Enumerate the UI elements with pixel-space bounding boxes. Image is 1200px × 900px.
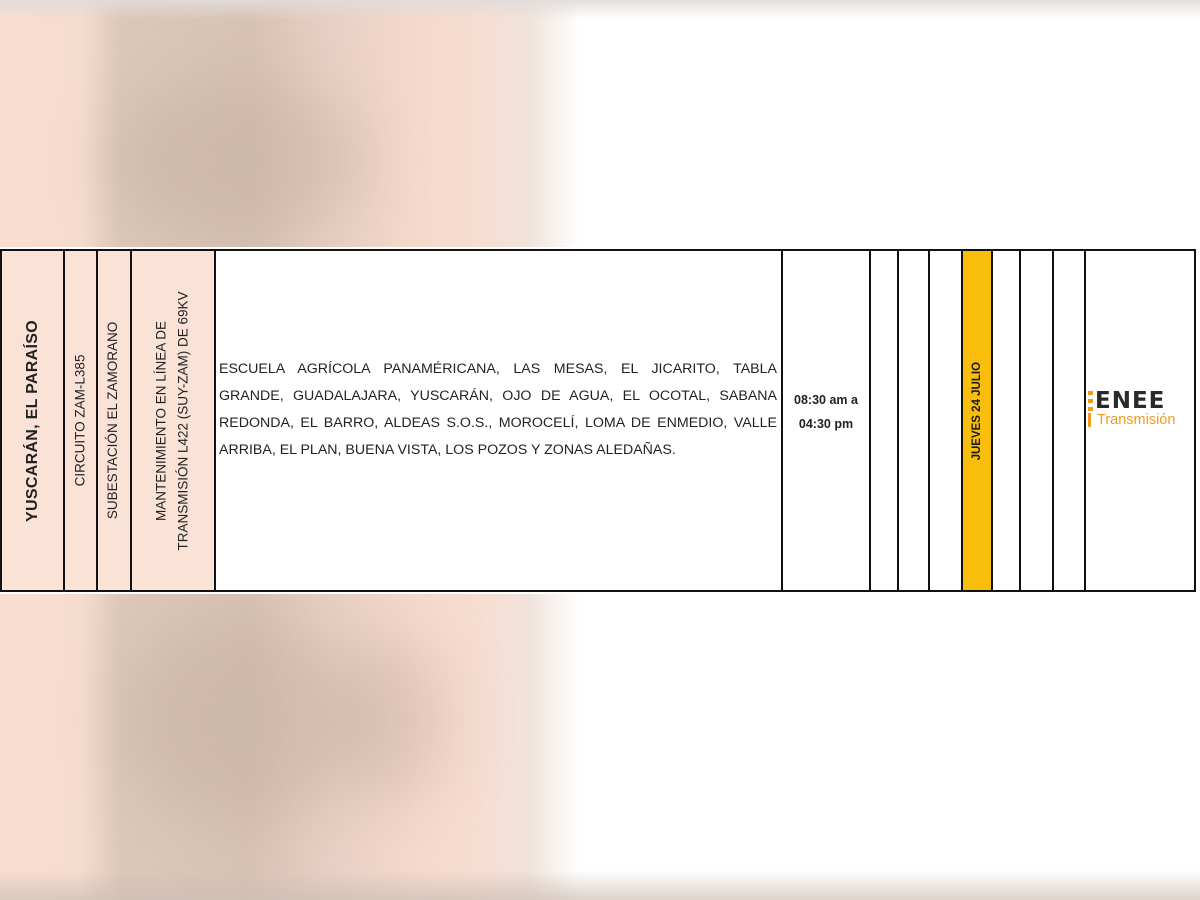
affected-areas-text: ESCUELA AGRÍCOLA PANAMÉRICANA, LAS MESAS… [219, 356, 777, 464]
location-text: YUSCARÁN, EL PARAÍSO [23, 320, 43, 522]
logo-accent-bar [1088, 413, 1091, 427]
affected-areas-cell: ESCUELA AGRÍCOLA PANAMÉRICANA, LAS MESAS… [216, 251, 783, 590]
table-row: YUSCARÁN, EL PARAÍSO CIRCUITO ZAM-L385 S… [0, 249, 1196, 592]
substation-cell: SUBESTACIÓN EL ZAMORANO [98, 251, 132, 590]
logo-name: ENEE [1095, 390, 1165, 412]
day-cell [1054, 251, 1086, 590]
logo-bars-icon [1088, 391, 1093, 411]
enee-logo: ENEE Transmisión [1088, 390, 1175, 428]
work-description-line-2: TRANSMISIÓN L422 (SUY-ZAM) DE 69KV [173, 291, 195, 550]
work-description-text: MANTENIMIENTO EN LÍNEA DE TRANSMISIÓN L4… [151, 291, 195, 550]
logo-cell: ENEE Transmisión [1086, 251, 1194, 590]
day-label-highlighted: JUEVES 24 JULIO [970, 362, 984, 460]
day-cell [871, 251, 899, 590]
time-range-text: 08:30 am a 04:30 pm [794, 388, 858, 436]
location-cell: YUSCARÁN, EL PARAÍSO [2, 251, 65, 590]
time-end: 04:30 pm [794, 412, 858, 436]
background-blur-blob [330, 640, 450, 800]
work-description-cell: MANTENIMIENTO EN LÍNEA DE TRANSMISIÓN L4… [132, 251, 216, 590]
day-cell [1021, 251, 1054, 590]
logo-subtitle: Transmisión [1097, 412, 1175, 428]
day-cell [993, 251, 1021, 590]
day-cell [930, 251, 963, 590]
time-start: 08:30 am a [794, 388, 858, 412]
work-description-line-1: MANTENIMIENTO EN LÍNEA DE [151, 291, 173, 550]
day-cell [899, 251, 930, 590]
day-cell-highlighted: JUEVES 24 JULIO [963, 251, 993, 590]
background-top-shade [0, 0, 1200, 20]
substation-text: SUBESTACIÓN EL ZAMORANO [106, 322, 123, 519]
background-blur-blob [110, 80, 370, 240]
time-range-cell: 08:30 am a 04:30 pm [783, 251, 871, 590]
outage-schedule-strip: YUSCARÁN, EL PARAÍSO CIRCUITO ZAM-L385 S… [0, 247, 1197, 594]
circuit-cell: CIRCUITO ZAM-L385 [65, 251, 98, 590]
background-bottom-shade [0, 870, 1200, 900]
circuit-text: CIRCUITO ZAM-L385 [72, 355, 89, 487]
